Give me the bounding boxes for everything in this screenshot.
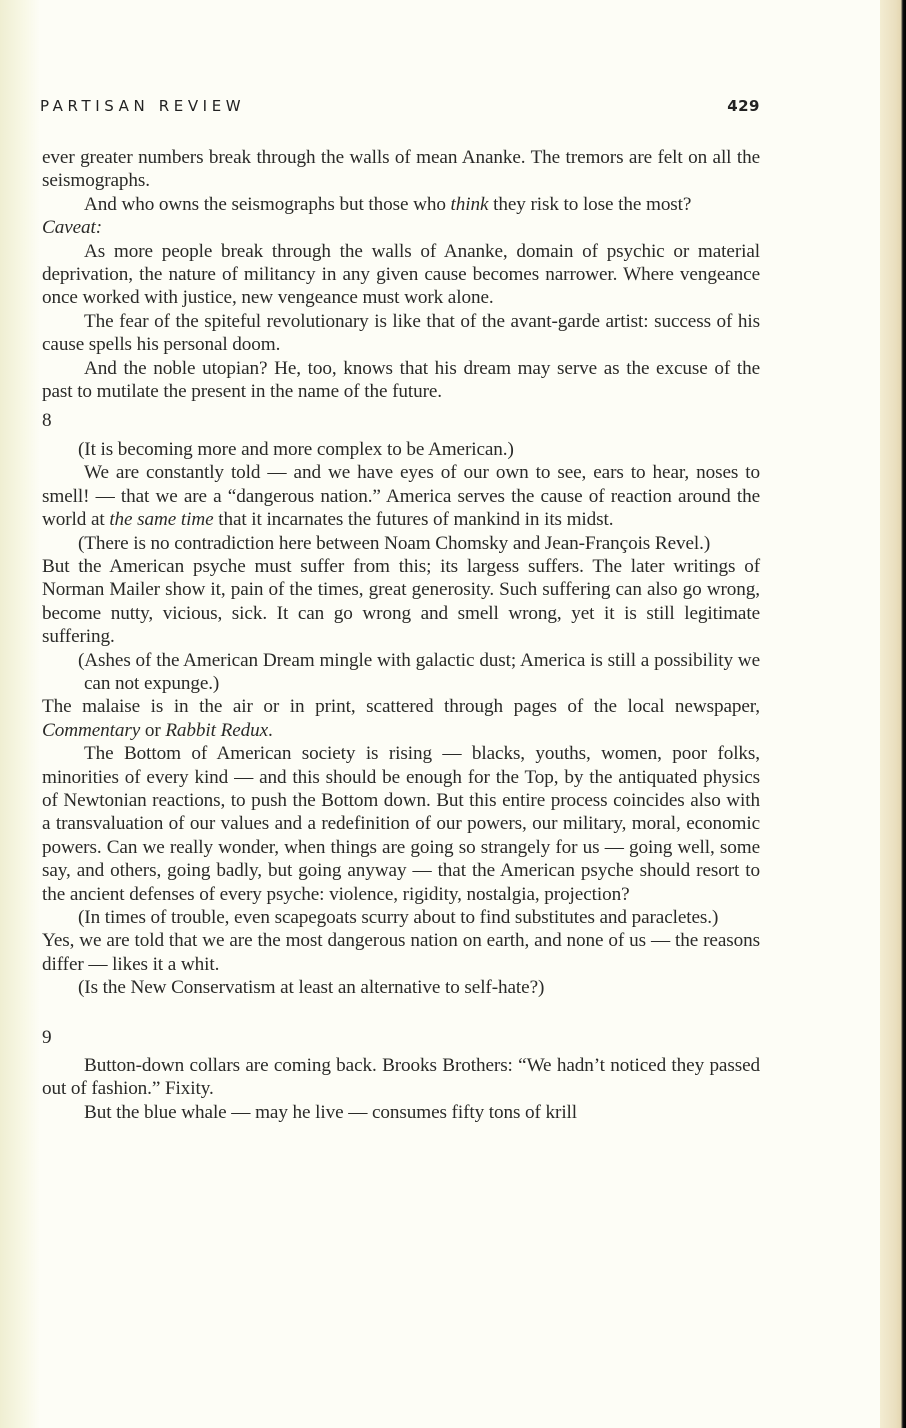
page-edge	[880, 0, 906, 1428]
caveat-heading: Caveat:	[42, 216, 760, 239]
parenthetical: (There is no contradiction here between …	[42, 532, 760, 555]
parenthetical: (Is the New Conservatism at least an alt…	[42, 976, 760, 999]
article-body: ever greater numbers break through the w…	[42, 146, 760, 1124]
title-rabbit-redux: Rabbit Redux	[165, 720, 268, 741]
paragraph: The malaise is in the air or in print, s…	[42, 695, 760, 742]
paragraph: But the American psyche must suffer from…	[42, 555, 760, 649]
section-number-8: 8	[42, 409, 760, 432]
page-number: 429	[727, 97, 760, 115]
emphasis: the same time	[109, 509, 213, 530]
parenthetical: (Ashes of the American Dream mingle with…	[42, 649, 760, 696]
paragraph: We are constantly told — and we have eye…	[42, 461, 760, 531]
section-spacer	[42, 1000, 760, 1020]
paragraph: Yes, we are told that we are the most da…	[42, 929, 760, 976]
paragraph: But the blue whale — may he live — consu…	[42, 1101, 760, 1124]
paragraph: And the noble utopian? He, too, knows th…	[42, 357, 760, 404]
paragraph: Button-down collars are coming back. Bro…	[42, 1054, 760, 1101]
running-head: PARTISAN REVIEW 429	[40, 97, 760, 115]
paragraph: The fear of the spiteful revolutionary i…	[42, 310, 760, 357]
section-number-9: 9	[42, 1026, 760, 1049]
text-run: .	[268, 720, 273, 741]
parenthetical: (In times of trouble, even scapegoats sc…	[42, 906, 760, 929]
parenthetical: (It is becoming more and more complex to…	[42, 438, 760, 461]
text-run: they risk to lose the most?	[488, 194, 691, 215]
page-gutter-shade	[0, 0, 40, 1428]
paragraph: ever greater numbers break through the w…	[42, 146, 760, 193]
emphasis: think	[451, 194, 489, 215]
text-run: that it incarnates the futures of mankin…	[214, 509, 614, 530]
text-run: The malaise is in the air or in print, s…	[42, 696, 760, 717]
title-commentary: Commentary	[42, 720, 140, 741]
paragraph: And who owns the seismographs but those …	[42, 193, 760, 216]
paragraph: As more people break through the walls o…	[42, 240, 760, 310]
paragraph: The Bottom of American society is rising…	[42, 742, 760, 906]
journal-title: PARTISAN REVIEW	[40, 97, 245, 115]
text-run: or	[140, 720, 165, 741]
text-run: And who owns the seismographs but those …	[84, 194, 451, 215]
